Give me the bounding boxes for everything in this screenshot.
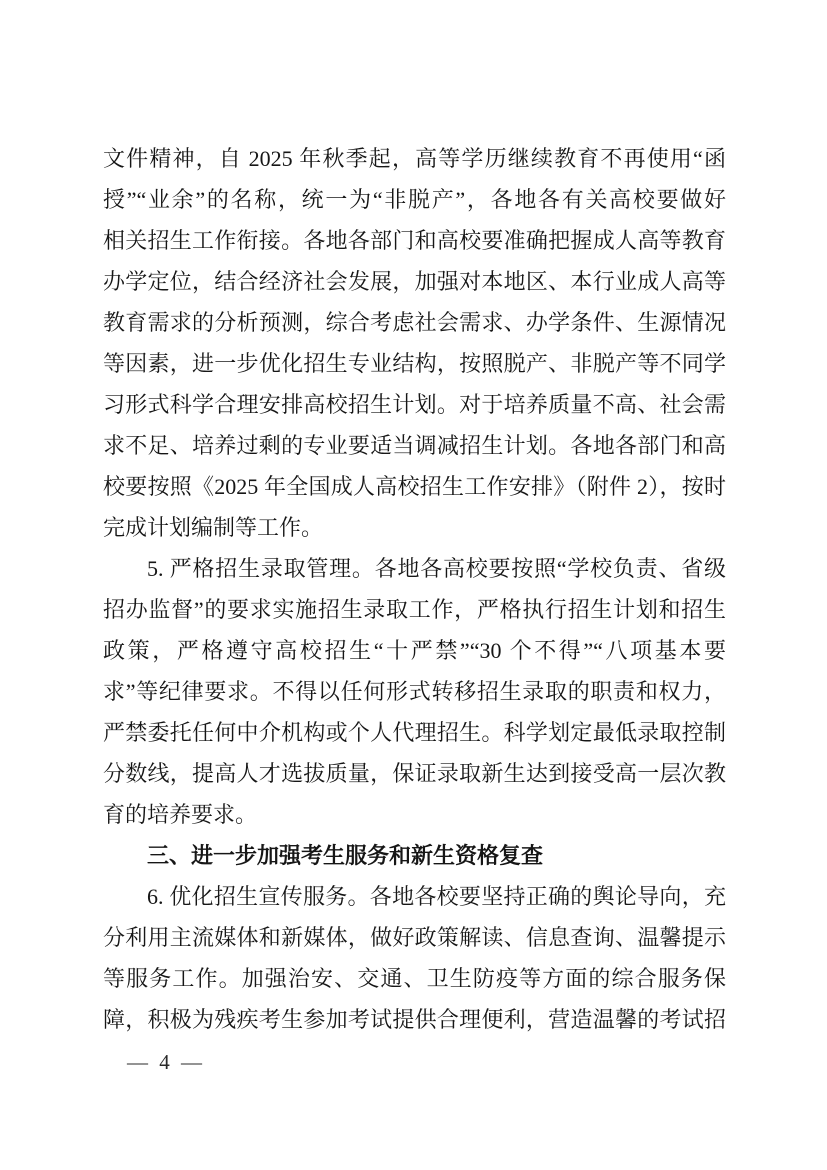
text-line: 习形式科学合理安排高校招生计划。对于培养质量不高、社会需 [103, 384, 726, 425]
text-line: 等因素，进一步优化招生专业结构，按照脱产、非脱产等不同学 [103, 343, 726, 384]
text-line: 校要按照《2025 年全国成人高校招生工作安排》（附件 2），按时 [103, 466, 726, 507]
document-body: 文件精神，自 2025 年秋季起，高等学历继续教育不再使用“函 授”“业余”的名… [103, 138, 726, 1040]
text-line: 求不足、培养过剩的专业要适当调减招生计划。各地各部门和高 [103, 425, 726, 466]
text-line-item-5: 5. 严格招生录取管理。各地各高校要按照“学校负责、省级 [103, 548, 726, 589]
text-line: 授”“业余”的名称，统一为“非脱产”，各地各有关高校要做好 [103, 179, 726, 220]
document-page: 文件精神，自 2025 年秋季起，高等学历继续教育不再使用“函 授”“业余”的名… [0, 0, 827, 1170]
text-line: 办学定位，结合经济社会发展，加强对本地区、本行业成人高等 [103, 261, 726, 302]
text-line-item-6: 6. 优化招生宣传服务。各地各校要坚持正确的舆论导向，充 [103, 876, 726, 917]
text-line: 相关招生工作衔接。各地各部门和高校要准确把握成人高等教育 [103, 220, 726, 261]
text-line: 政策，严格遵守高校招生“十严禁”“30 个不得”“八项基本要 [103, 630, 726, 671]
text-line: 严禁委托任何中介机构或个人代理招生。科学划定最低录取控制 [103, 712, 726, 753]
text-line: 等服务工作。加强治安、交通、卫生防疫等方面的综合服务保 [103, 958, 726, 999]
text-line: 分利用主流媒体和新媒体，做好政策解读、信息查询、温馨提示 [103, 917, 726, 958]
section-heading: 三、进一步加强考生服务和新生资格复查 [103, 835, 726, 876]
page-number: — 4 — [127, 1047, 203, 1077]
text-line: 教育需求的分析预测，综合考虑社会需求、办学条件、生源情况 [103, 302, 726, 343]
text-line: 求”等纪律要求。不得以任何形式转移招生录取的职责和权力， [103, 671, 726, 712]
text-line: 完成计划编制等工作。 [103, 507, 726, 548]
text-line: 育的培养要求。 [103, 794, 726, 835]
text-line: 招办监督”的要求实施招生录取工作，严格执行招生计划和招生 [103, 589, 726, 630]
text-line: 分数线，提高人才选拔质量，保证录取新生达到接受高一层次教 [103, 753, 726, 794]
text-line: 障，积极为残疾考生参加考试提供合理便利，营造温馨的考试招 [103, 999, 726, 1040]
text-line: 文件精神，自 2025 年秋季起，高等学历继续教育不再使用“函 [103, 138, 726, 179]
